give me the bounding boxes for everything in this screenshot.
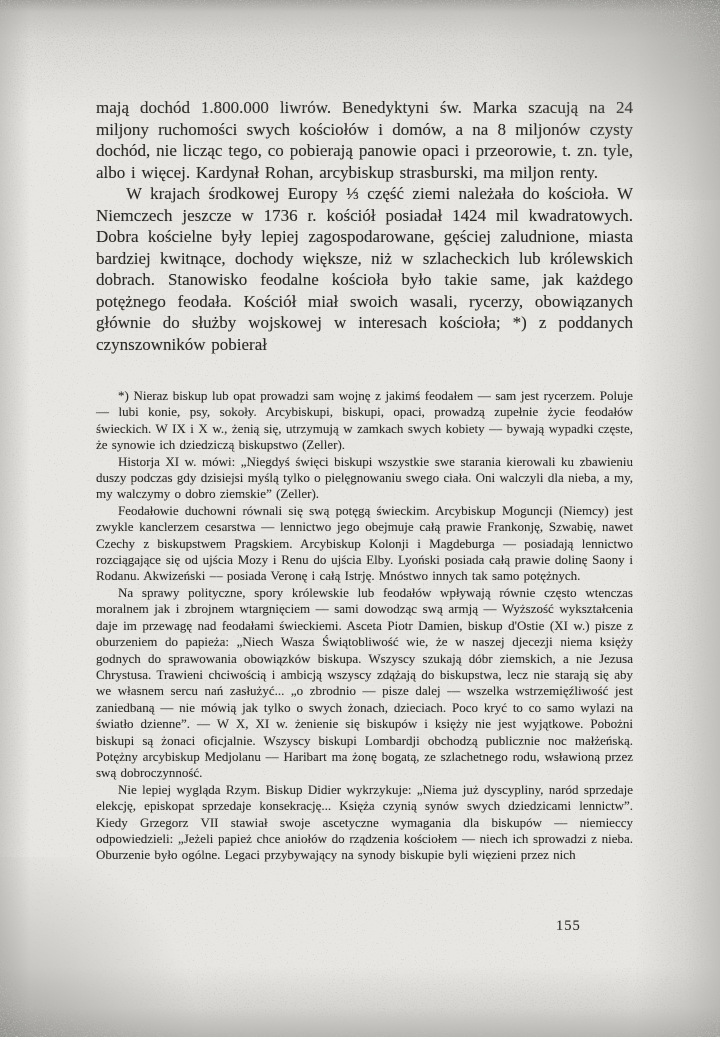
footnote-paragraph-3: Feodałowie duchowni równali się swą potę… [96,503,633,585]
scan-corner-shadow-bottom-left [0,857,220,1037]
footnote-paragraph-4: Na sprawy polityczne, spory królewskie l… [96,585,633,782]
scanned-page: mają dochód 1.800.000 liwrów. Benedyktyn… [0,0,720,1037]
body-paragraph-1: mają dochód 1.800.000 liwrów. Benedyktyn… [96,97,633,183]
page-number: 155 [556,918,581,935]
footnote-paragraph-2: Historja XI w. mówi: „Niegdyś święci bis… [96,454,633,503]
body-text: mają dochód 1.800.000 liwrów. Benedyktyn… [96,97,633,355]
scan-edge-vignette-right [635,0,720,1037]
scan-edge-vignette-left [0,0,30,1037]
footnote-paragraph-5: Nie lepiej wygląda Rzym. Biskup Didier w… [96,782,633,864]
scan-edge-vignette-bottom [0,967,720,1037]
body-paragraph-2: W krajach środkowej Europy ⅓ część ziemi… [96,183,633,355]
footnotes: *) Nieraz biskup lub opat prowadzi sam w… [96,388,633,864]
footnote-paragraph-1: *) Nieraz biskup lub opat prowadzi sam w… [96,388,633,454]
